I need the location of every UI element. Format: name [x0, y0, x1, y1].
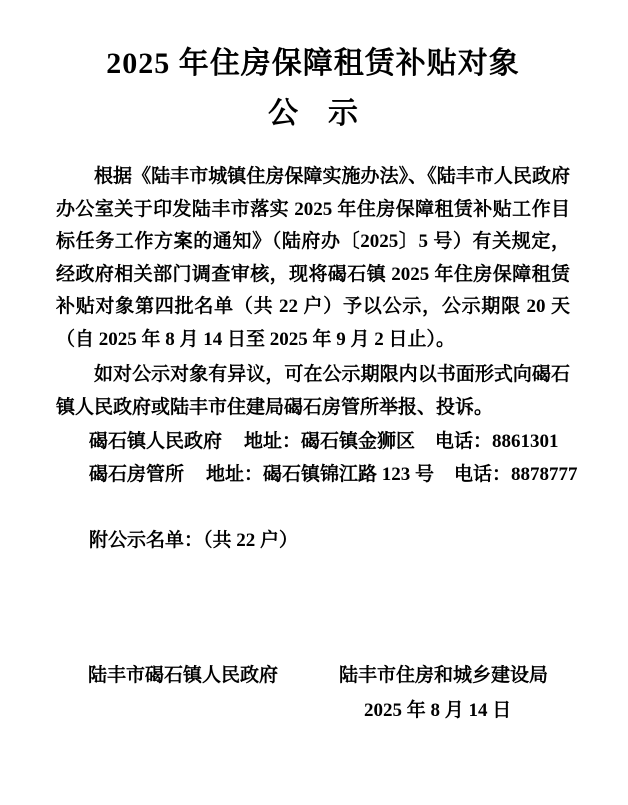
contact-org-town-government: 碣石镇人民政府: [89, 425, 222, 458]
contact-line-housing-office: 碣石房管所 地址：碣石镇锦江路 123 号 电话：8878777: [56, 458, 570, 491]
contact-line-town-government: 碣石镇人民政府 地址：碣石镇金狮区 电话：8861301: [56, 425, 570, 458]
contact-address-town-government: 地址：碣石镇金狮区: [244, 425, 415, 458]
signature-date-row: 2025 年 8 月 14 日: [56, 694, 570, 727]
contact-org-housing-office: 碣石房管所: [89, 458, 184, 491]
signature-org-right: 陆丰市住房和城乡建设局: [339, 659, 548, 692]
contact-phone-housing-office: 电话：8878777: [454, 458, 578, 491]
notice-title-line2: 公 示: [56, 94, 570, 134]
contact-phone-town-government: 电话：8861301: [435, 425, 559, 458]
signature-org-left: 陆丰市碣石镇人民政府: [88, 659, 278, 692]
public-notice-document: 2025 年住房保障租赁补贴对象 公 示 根据《陆丰市城镇住房保障实施办法》、《…: [0, 0, 628, 805]
signature-orgs-row: 陆丰市碣石镇人民政府 陆丰市住房和城乡建设局: [56, 659, 570, 692]
notice-title-line1: 2025 年住房保障租赁补贴对象: [56, 44, 570, 84]
notice-paragraph-objection: 如对公示对象有异议，可在公示期限内以书面形式向碣石镇人民政府或陆丰市住建局碣石房…: [56, 359, 570, 425]
attachment-note: 附公示名单：（共 22 户）: [56, 524, 570, 557]
signature-date: 2025 年 8 月 14 日: [364, 694, 511, 727]
notice-paragraph-legal-basis: 根据《陆丰市城镇住房保障实施办法》、《陆丰市人民政府办公室关于印发陆丰市落实 2…: [56, 161, 570, 359]
contact-address-housing-office: 地址：碣石镇锦江路 123 号: [206, 458, 434, 491]
